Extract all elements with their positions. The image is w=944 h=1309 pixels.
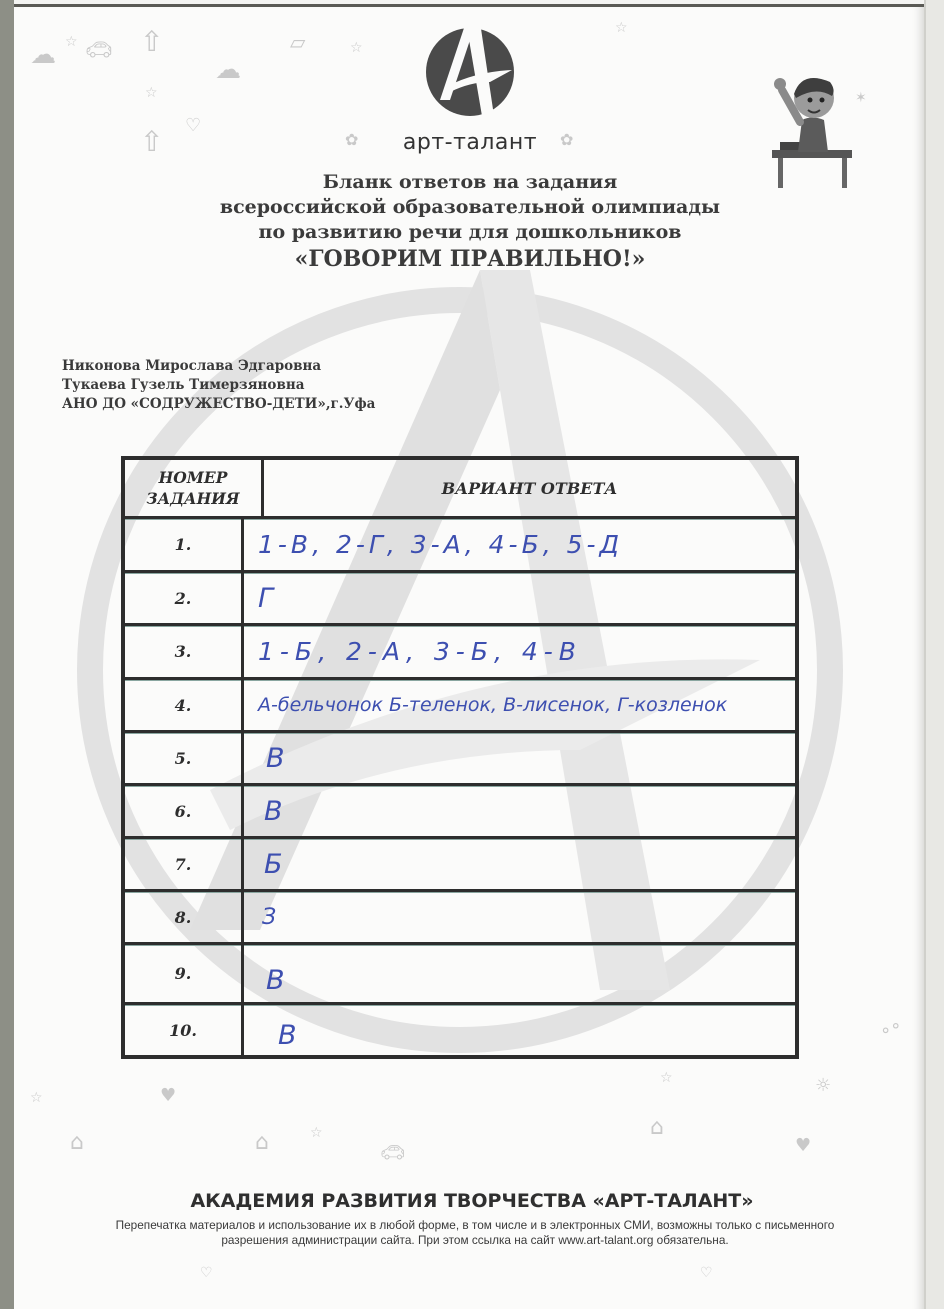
author-1: Никонова Мирослава Эдгаровна	[62, 357, 375, 376]
task-number: 3.	[125, 626, 244, 677]
rocket-icon: ⇧	[140, 25, 163, 58]
table-row: 6. В	[125, 783, 795, 836]
answer-cell: З	[244, 892, 795, 942]
task-number: 10.	[125, 1005, 244, 1055]
heart-icon: ♡	[200, 1265, 213, 1281]
table-row: 2. Г	[125, 570, 795, 623]
author-2: Тукаева Гузель Тимерзяновна	[62, 376, 375, 395]
title-line-2: всероссийской образовательной олимпиады	[100, 195, 840, 220]
footer-academy-title: АКАДЕМИЯ РАЗВИТИЯ ТВОРЧЕСТВА «АРТ-ТАЛАНТ…	[0, 1190, 944, 1212]
balloons-icon: ∘°	[880, 1020, 900, 1041]
answer-cell: В	[244, 786, 795, 836]
task-number: 1.	[125, 519, 244, 570]
table-header-row: НОМЕР ЗАДАНИЯ ВАРИАНТ ОТВЕТА	[125, 460, 795, 516]
star-icon: ☆	[65, 34, 78, 50]
heart-icon: ♡	[700, 1265, 713, 1281]
rocket-icon: ⇧	[140, 125, 163, 158]
sun-icon: ☼	[815, 1075, 831, 1096]
task-number: 9.	[125, 945, 244, 1002]
answers-table: НОМЕР ЗАДАНИЯ ВАРИАНТ ОТВЕТА 1. 1-В, 2-Г…	[121, 456, 799, 1059]
heart-icon: ♥	[795, 1135, 811, 1156]
car-icon: 🚗︎	[380, 1140, 405, 1164]
star-icon: ☆	[310, 1125, 323, 1141]
answer-cell: В	[244, 945, 795, 1002]
star-icon: ☆	[660, 1070, 673, 1086]
brand-name: арт-талант	[370, 130, 570, 155]
star-icon: ☆	[615, 20, 628, 36]
task-number: 6.	[125, 786, 244, 836]
table-row: 9. В	[125, 942, 795, 1002]
car-icon: 🚗︎	[85, 38, 113, 63]
header-answer-variant: ВАРИАНТ ОТВЕТА	[264, 460, 795, 516]
house-icon: ⌂	[70, 1130, 84, 1155]
task-number: 7.	[125, 839, 244, 889]
table-row: 8. З	[125, 889, 795, 942]
cloud-icon: ☁	[30, 40, 56, 70]
answer-cell: Г	[244, 573, 795, 623]
table-row: 5. В	[125, 730, 795, 783]
answer-cell: 1-Б, 2-А, 3-Б, 4-В	[244, 626, 795, 677]
answer-cell: А-бельчонок Б-теленок, В-лисенок, Г-козл…	[244, 680, 795, 730]
table-row: 4. А-бельчонок Б-теленок, В-лисенок, Г-к…	[125, 677, 795, 730]
book-icon: ▱	[290, 30, 305, 54]
task-number: 4.	[125, 680, 244, 730]
task-number: 2.	[125, 573, 244, 623]
cloud-icon: ☁	[215, 55, 241, 85]
organization: АНО ДО «СОДРУЖЕСТВО-ДЕТИ»,г.Уфа	[62, 395, 375, 414]
task-number: 8.	[125, 892, 244, 942]
house-icon: ⌂	[255, 1130, 269, 1155]
table-row: 7. Б	[125, 836, 795, 889]
heart-icon: ♡	[185, 115, 201, 136]
answer-cell: Б	[244, 839, 795, 889]
answer-cell: 1-В, 2-Г, 3-А, 4-Б, 5-Д	[244, 519, 795, 570]
answer-cell: В	[244, 733, 795, 783]
title-line-3: по развитию речи для дошкольников	[100, 220, 840, 245]
scan-left-edge	[0, 0, 14, 1309]
star-icon: ☆	[350, 40, 363, 56]
page-title: Бланк ответов на задания всероссийской о…	[100, 170, 840, 273]
header-task-number: НОМЕР ЗАДАНИЯ	[125, 460, 264, 516]
table-row: 10. В	[125, 1002, 795, 1055]
olympiad-name: «ГОВОРИМ ПРАВИЛЬНО!»	[100, 245, 840, 273]
art-talant-logo-icon	[420, 20, 520, 120]
table-row: 3. 1-Б, 2-А, 3-Б, 4-В	[125, 623, 795, 677]
title-line-1: Бланк ответов на задания	[100, 170, 840, 195]
heart-icon: ♥	[160, 1085, 176, 1106]
authors-block: Никонова Мирослава Эдгаровна Тукаева Гуз…	[62, 357, 375, 414]
flower-icon: ✿	[345, 130, 358, 149]
scan-right-edge	[924, 0, 944, 1309]
task-number: 5.	[125, 733, 244, 783]
table-row: 1. 1-В, 2-Г, 3-А, 4-Б, 5-Д	[125, 516, 795, 570]
star-icon: ☆	[145, 85, 158, 101]
house-icon: ⌂	[650, 1115, 664, 1140]
star-icon: ☆	[30, 1090, 43, 1106]
footer-copyright-note: Перепечатка материалов и использование и…	[90, 1218, 860, 1248]
answer-cell: В	[244, 1005, 795, 1055]
